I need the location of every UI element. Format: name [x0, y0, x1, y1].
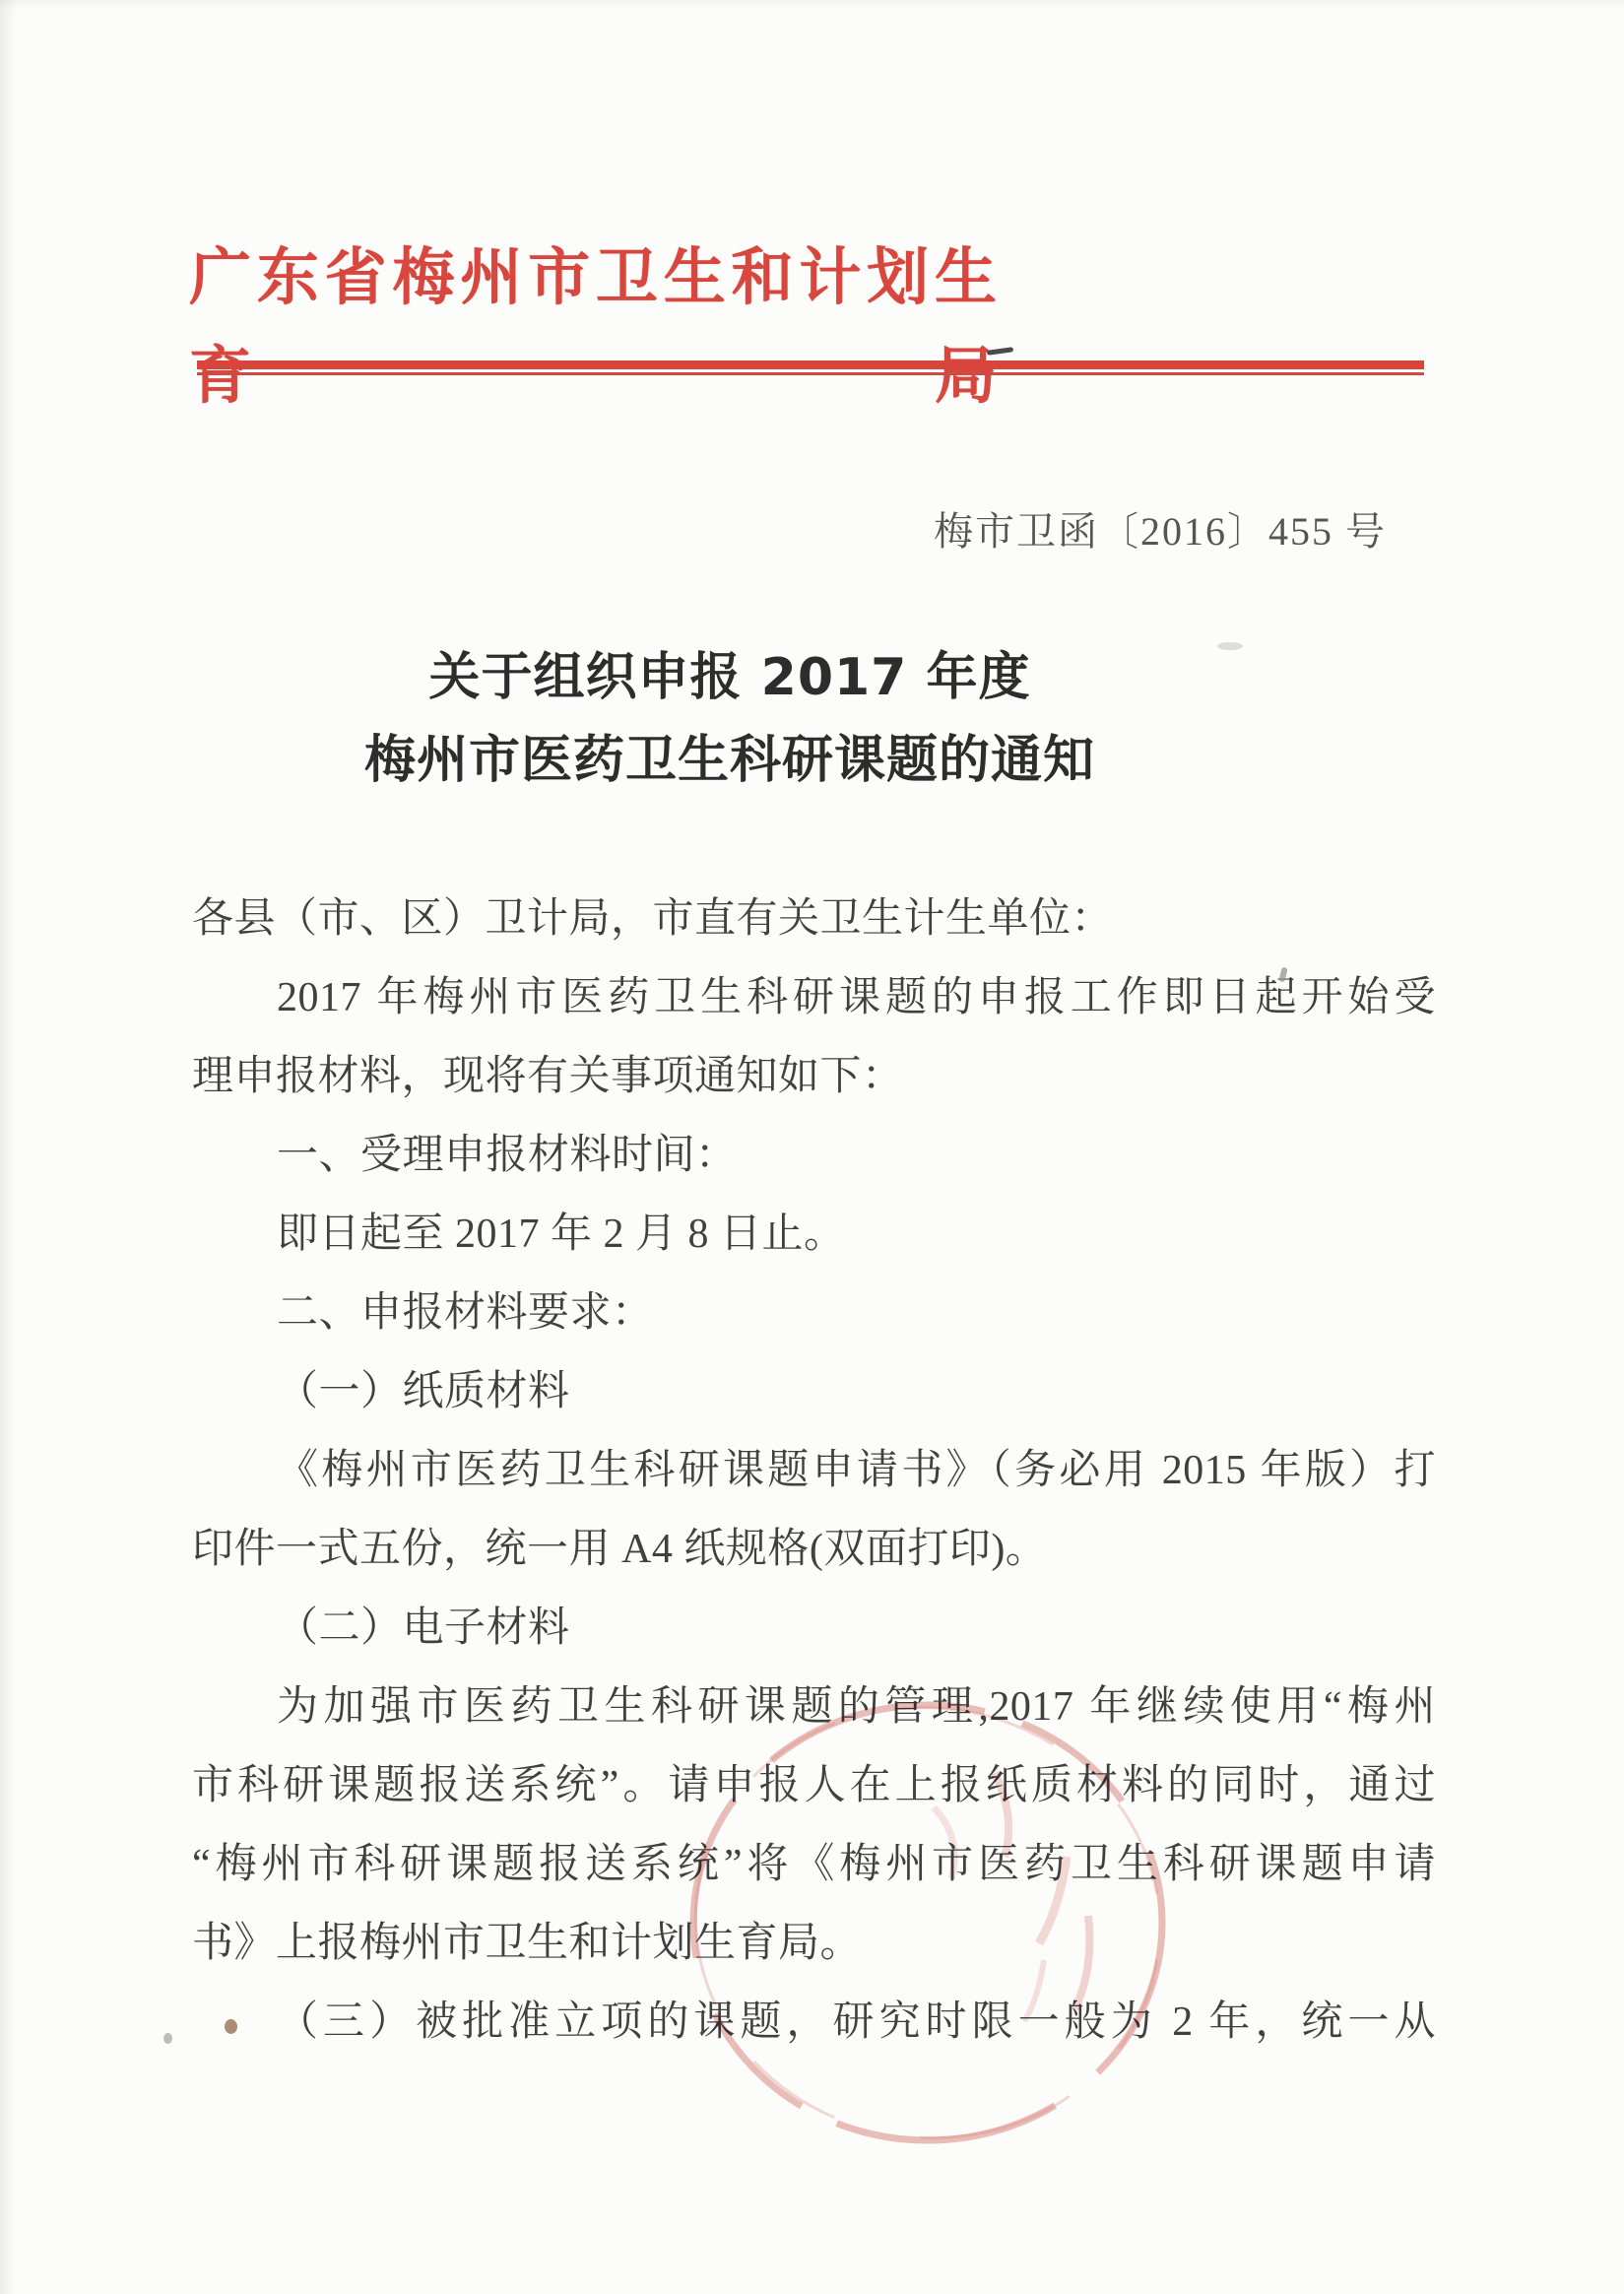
body-line: 《梅州市医药卫生科研课题申请书》（务必用 2015 年版）打 — [192, 1431, 1436, 1510]
red-rule-thin — [197, 372, 1424, 375]
body-line: 市科研课题报送系统”。请申报人在上报纸质材料的同时，通过 — [192, 1746, 1436, 1825]
notice-title-line2: 梅州市医药卫生科研课题的通知 — [192, 719, 1267, 802]
letterhead-agency-name: 广东省梅州市卫生和计划生育局 — [189, 229, 999, 426]
body-line: 即日起至 2017 年 2 月 8 日止。 — [192, 1195, 1436, 1274]
notice-title-line1: 关于组织申报 2017 年度 — [192, 636, 1267, 719]
body-line: （一）纸质材料 — [192, 1352, 1436, 1431]
scan-edge-shadow-top — [0, 0, 1624, 10]
body-line: 二、申报材料要求： — [192, 1274, 1436, 1352]
body-line: 印件一式五份，统一用 A4 纸规格(双面打印)。 — [192, 1510, 1436, 1589]
body-line: 2017 年梅州市医药卫生科研课题的申报工作即日起开始受 — [192, 958, 1436, 1037]
body-line: （二）电子材料 — [192, 1589, 1436, 1668]
red-rule-thick — [197, 360, 1424, 369]
scanned-official-document: 广东省梅州市卫生和计划生育局 梅市卫函〔2016〕455 号 关于组织申报 20… — [0, 0, 1624, 2294]
body-line: “梅州市科研课题报送系统”将《梅州市医药卫生科研课题申请 — [192, 1825, 1436, 1904]
body-line: 各县（市、区）卫计局，市直有关卫生计生单位： — [192, 880, 1436, 958]
body-line: 为加强市医药卫生科研课题的管理,2017 年继续使用“梅州 — [192, 1668, 1436, 1746]
document-number: 梅市卫函〔2016〕455 号 — [934, 500, 1387, 557]
notice-body: 各县（市、区）卫计局，市直有关卫生计生单位：2017 年梅州市医药卫生科研课题的… — [192, 880, 1436, 2062]
scan-artifact-speck — [163, 2033, 172, 2044]
scan-edge-shadow-left — [0, 0, 16, 2294]
body-line: （三）被批准立项的课题，研究时限一般为 2 年，统一从 — [192, 1983, 1436, 2062]
body-line: 书》上报梅州市卫生和计划生育局。 — [192, 1904, 1436, 1983]
notice-title: 关于组织申报 2017 年度 梅州市医药卫生科研课题的通知 — [192, 636, 1267, 802]
body-line: 理申报材料，现将有关事项通知如下： — [192, 1037, 1436, 1116]
letterhead-red-rule — [197, 360, 1424, 375]
body-line: 一、受理申报材料时间： — [192, 1116, 1436, 1195]
